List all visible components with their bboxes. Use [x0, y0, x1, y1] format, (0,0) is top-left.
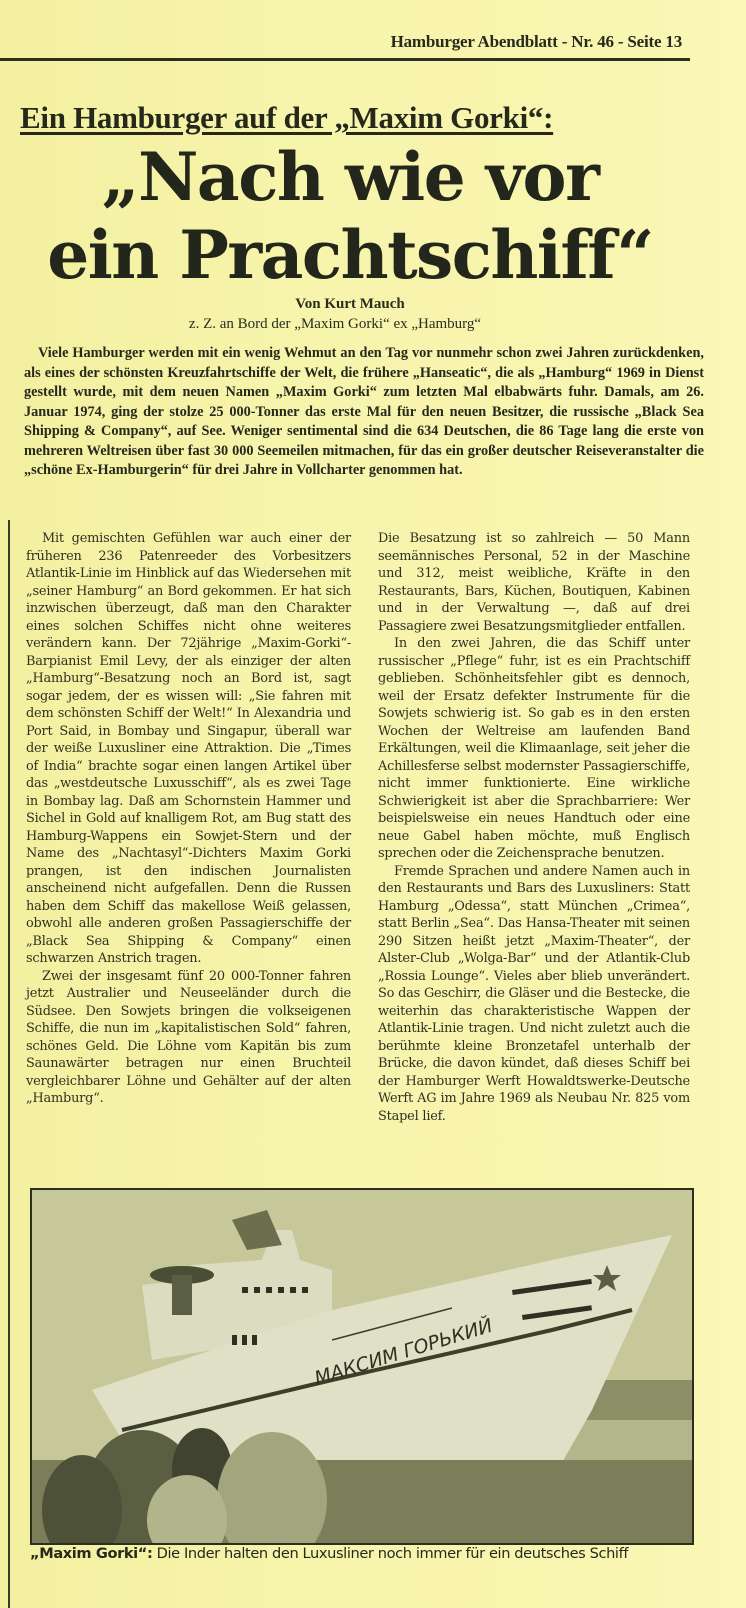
newspaper-page: Hamburger Abendblatt - Nr. 46 - Seite 13…: [0, 0, 746, 1608]
caption-text: Die Inder halten den Luxusliner noch imm…: [152, 1545, 628, 1562]
ship-illustration: МАКСИМ ГОРЬКИЙ: [32, 1190, 692, 1543]
lead-paragraph: Viele Hamburger werden mit ein wenig Weh…: [24, 344, 704, 481]
column-rule: [8, 520, 10, 1608]
photo-caption: „Maxim Gorki“: Die Inder halten den Luxu…: [30, 1545, 690, 1562]
caption-lead: „Maxim Gorki“:: [30, 1545, 152, 1562]
article-lead: Viele Hamburger werden mit ein wenig Weh…: [24, 344, 704, 481]
body-paragraph: Fremde Sprachen und andere Namen auch in…: [378, 863, 690, 1126]
masthead: Hamburger Abendblatt - Nr. 46 - Seite 13: [310, 32, 682, 52]
article-column-2: Die Besatzung ist so zahlreich — 50 Mann…: [378, 530, 690, 1125]
headline-line-1: „Nach wie vor: [0, 138, 700, 216]
body-paragraph: Zwei der insgesamt fünf 20 000-Tonner fa…: [26, 968, 351, 1108]
masthead-rule: [0, 58, 690, 61]
article-kicker: Ein Hamburger auf der „Maxim Gorki“:: [20, 100, 680, 136]
body-paragraph: Mit gemischten Gefühlen war auch einer d…: [26, 530, 351, 968]
byline-author: Von Kurt Mauch: [0, 296, 700, 313]
article-headline: „Nach wie vor ein Prachtschiff“: [0, 138, 700, 294]
body-paragraph: Die Besatzung ist so zahlreich — 50 Mann…: [378, 530, 690, 635]
article-column-1: Mit gemischten Gefühlen war auch einer d…: [26, 530, 351, 1108]
headline-line-2: ein Prachtschiff“: [0, 216, 700, 294]
byline-location: z. Z. an Bord der „Maxim Gorki“ ex „Hamb…: [0, 316, 670, 333]
body-paragraph: In den zwei Jahren, die das Schiff unter…: [378, 635, 690, 863]
ship-photo: МАКСИМ ГОРЬКИЙ: [30, 1188, 694, 1545]
